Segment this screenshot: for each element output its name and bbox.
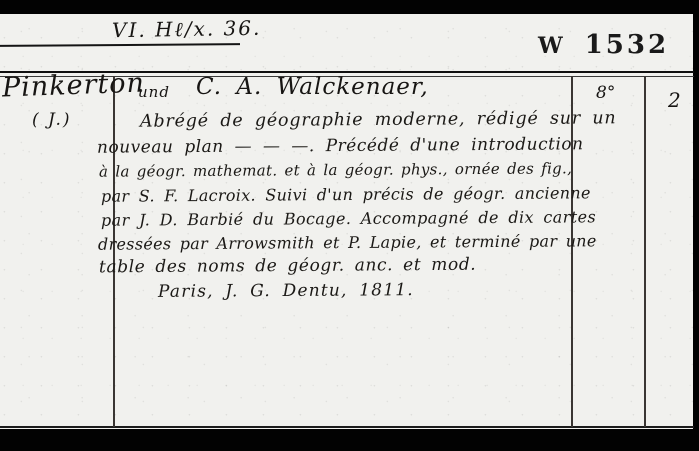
stamp-letter: W [538,33,563,59]
author-connector: und [138,83,170,101]
catalog-body-line: nouveau plan — — —. Précédé d'une introd… [97,134,584,157]
secondary-author: C. A. Walckenaer, [196,74,429,100]
catalog-body-line: à la géogr. mathemat. et à la géogr. phy… [99,159,572,180]
catalog-body-line: table des noms de géogr. anc. et mod. [99,255,476,278]
catalog-body-line: par S. F. Lacroix. Suivi d'un précis de … [101,183,591,205]
card-bottom-rule [0,426,694,428]
scan-border-right [693,0,699,451]
imprint-line: Paris, J. G. Dentu, 1811. [158,280,414,302]
catalog-body-line: Abrégé de géographie moderne, rédigé sur… [140,108,617,131]
shelfmark-underline [0,43,240,47]
catalog-body-line: par J. D. Barbié du Bocage. Accompagné d… [101,207,596,229]
author-surname: Pinkerton [2,68,146,104]
shelfmark: VI. Hℓ/x. 36. [112,16,262,44]
stamp-number: 1532 [585,30,669,60]
author-initial: ( J.) [32,110,72,130]
accession-stamp: W 1532 [538,30,669,60]
format-value: 8° [596,83,615,103]
catalog-body-line: dressées par Arrowsmith et P. Lapie, et … [98,231,597,253]
catalog-card-scan: VI. Hℓ/x. 36. W 1532 Pinkerton ( J.) und… [0,0,699,451]
scan-border-top [0,0,699,14]
copies-column-rule [644,76,646,427]
copies-value: 2 [668,88,681,112]
scan-border-bottom [0,429,699,451]
